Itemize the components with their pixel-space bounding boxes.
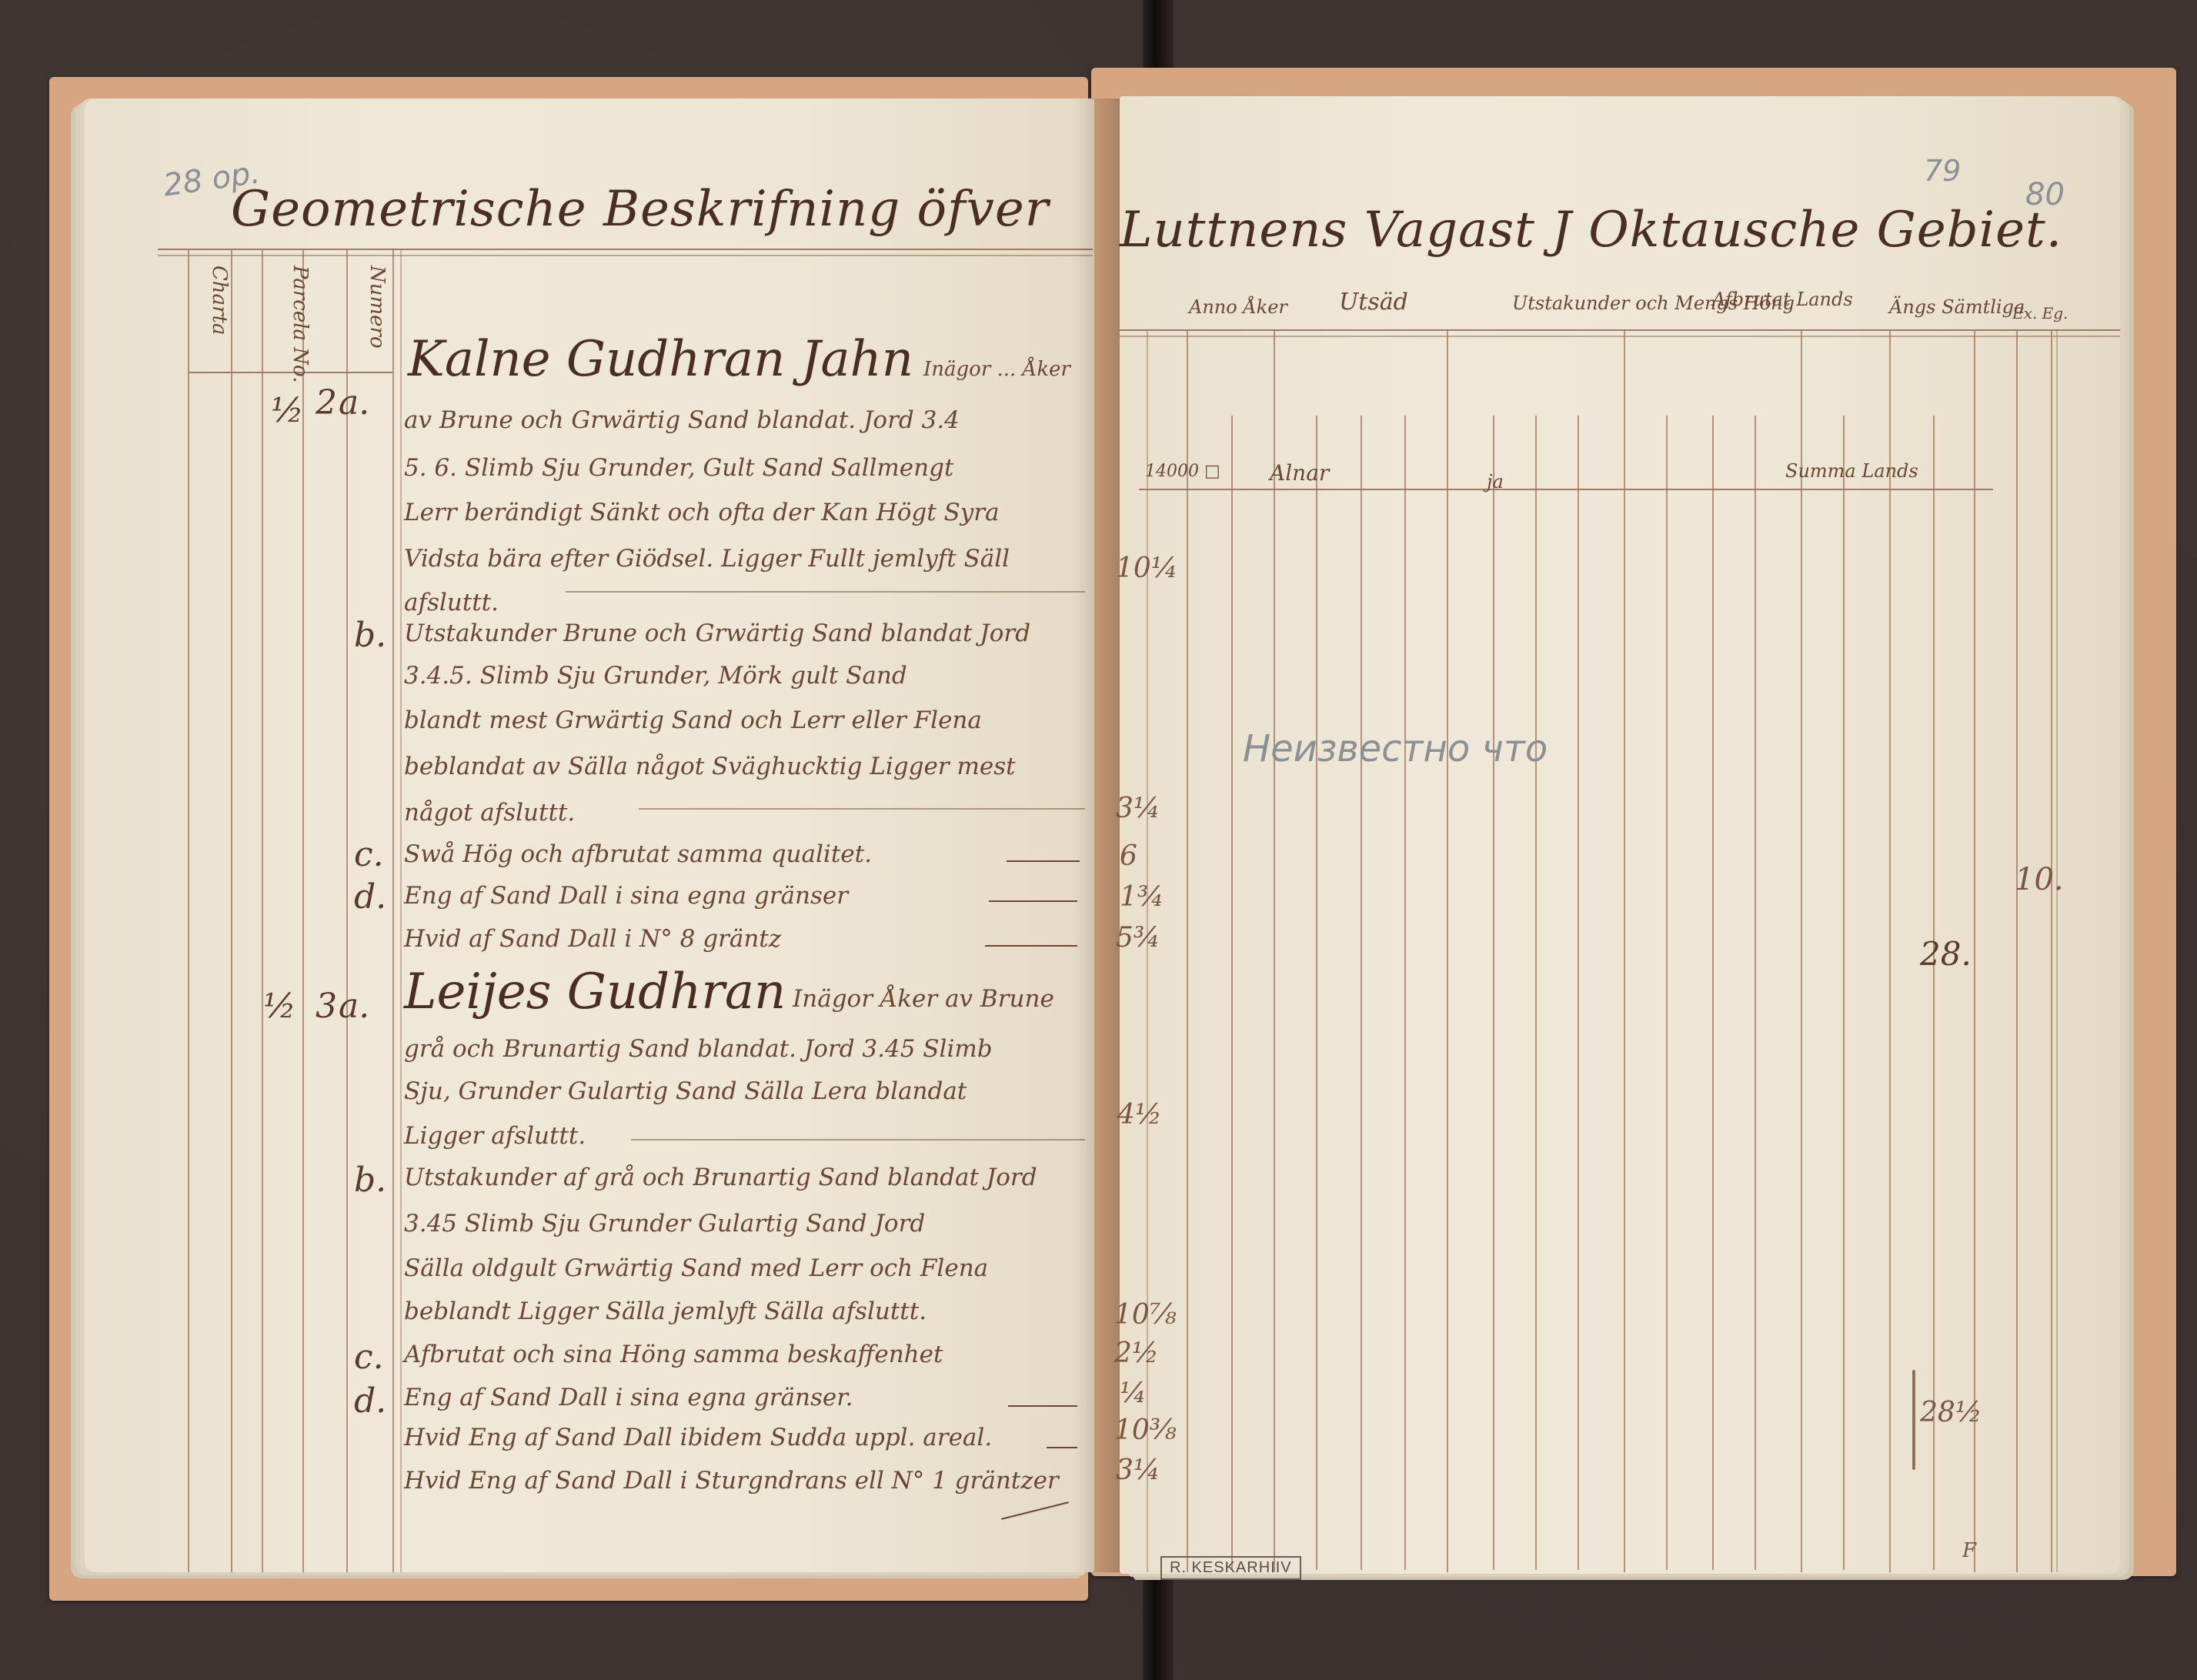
right-page: [1120, 96, 2120, 1574]
measurement-value: 10⅞: [1114, 1299, 1177, 1331]
measurement-value: 10¼: [1116, 553, 1178, 584]
right-pencil-folio: 79: [1924, 154, 1961, 188]
measurement-value: 10⅜: [1114, 1414, 1177, 1446]
header-sub-summa: Summa Lands: [1785, 460, 1918, 482]
header-sub-alnar: Alnar: [1270, 460, 1329, 486]
entry-text-line: Hvid af Sand Dall i N° 8 gräntz: [404, 925, 781, 953]
entry-text-line: Hvid Eng af Sand Dall i Sturgndrans ell …: [404, 1467, 1059, 1495]
left-header-rule: [158, 249, 1093, 250]
filler-dash: [1047, 1447, 1077, 1448]
entry-letter: c.: [354, 835, 384, 874]
left-column-rule: [346, 249, 348, 1572]
column-header-parcela: Parcela No.: [289, 266, 312, 383]
right-column-rule: [1801, 329, 1802, 1572]
right-column-rule: [1361, 416, 1362, 1570]
entry-text-line: 3.45 Slimb Sju Grunder Gulartig Sand Jor…: [404, 1210, 925, 1237]
entry-text-line: 5. 6. Slimb Sju Grunder, Gult Sand Sallm…: [404, 454, 953, 482]
right-column-rule: [1889, 329, 1891, 1572]
bracket-mark: [1912, 1370, 1915, 1470]
entry-number: 2: [316, 383, 337, 423]
column-header-ex: Ex. Eg.: [2012, 304, 2068, 322]
right-column-rule: [1624, 329, 1625, 1572]
entry-text-line: Ligger afsluttt.: [404, 1122, 586, 1150]
right-column-rule: [1535, 416, 1537, 1570]
header-sub-area: 14000 □: [1145, 462, 1220, 481]
left-column-rule: [392, 249, 394, 1572]
entry-text-line: Sälla oldgult Grwärtig Sand med Lerr och…: [404, 1254, 988, 1282]
entry-text-line: beblandt Ligger Sälla jemlyft Sälla afsl…: [404, 1298, 927, 1325]
right-column-rule: [1493, 416, 1494, 1570]
right-column-rule: [1974, 329, 1975, 1572]
angs-column-total: 28½: [1920, 1397, 1982, 1428]
entry-text-line: av Brune och Grwärtig Sand blandat. Jord…: [404, 406, 960, 434]
entry-divider: [631, 1139, 1085, 1141]
column-header-utsad: Utsäd: [1339, 289, 1408, 316]
column-header-afbrutat: Afbrutat Lands: [1712, 289, 1853, 310]
measurement-value: 2½: [1114, 1338, 1159, 1369]
right-column-rule: [1274, 329, 1275, 1572]
right-column-rule: [1404, 416, 1406, 1570]
pencil-note: Неизвестно что: [1243, 727, 1548, 770]
right-column-rule: [1843, 416, 1845, 1570]
right-column-rule: [1755, 416, 1756, 1570]
measurement-value: 5¾: [1116, 922, 1160, 954]
right-column-rule: [1231, 416, 1233, 1570]
ex-column-value: 10.: [2015, 862, 2064, 897]
entry-fraction: ½: [271, 391, 304, 430]
measurement-value: 3¼: [1116, 1455, 1160, 1486]
entry-owner-name: Kalne Gudhran Jahn: [408, 331, 913, 388]
entry-text-line: Utstakunder Brune och Grwärtig Sand blan…: [404, 620, 1030, 647]
measurement-value: 1¾: [1120, 881, 1164, 913]
measurement-value: 6: [1120, 840, 1137, 872]
archive-stamp: R. KESKARHIIV: [1160, 1556, 1301, 1580]
left-column-rule: [400, 249, 402, 1572]
entry-text-line: afsluttt.: [404, 589, 499, 616]
right-column-header-rule: [1139, 489, 1993, 490]
left-column-rule: [302, 249, 304, 1572]
entry-letter: d.: [354, 877, 386, 917]
left-column-rule: [231, 249, 232, 1572]
entry-text-line: Afbrutat och sina Höng samma beskaffenhe…: [404, 1341, 943, 1368]
right-column-rule: [1316, 416, 1317, 1570]
entry-letter: c.: [354, 1338, 384, 1377]
entry-text-line: Lerr berändigt Sänkt och ofta der Kan Hö…: [404, 499, 1000, 526]
entry-text-line: Eng af Sand Dall i sina egna gränser: [404, 882, 848, 910]
entry-text-line: Sju, Grunder Gulartig Sand Sälla Lera bl…: [404, 1077, 967, 1105]
measurement-value: 3¼: [1116, 793, 1160, 824]
angs-column-value: 28.: [1920, 935, 1972, 973]
left-column-rule: [188, 249, 189, 1572]
left-header-rule-double: [158, 255, 1093, 256]
right-column-rule: [2016, 329, 2018, 1572]
right-header-rule-double: [1120, 336, 2120, 337]
entry-text-line: 3.4.5. Slimb Sju Grunder, Mörk gult Sand: [404, 662, 907, 690]
entry-text-line: Swå Hög och afbrutat samma qualitet.: [404, 840, 872, 868]
entry-fraction: ½: [263, 987, 296, 1026]
right-column-rule: [1666, 416, 1668, 1570]
entry-text-line: Inägor Åker av Brune: [793, 985, 1054, 1013]
column-header-anno-aker: Anno Åker: [1189, 296, 1287, 318]
entry-letter: a.: [339, 383, 369, 423]
filler-dash: [985, 945, 1077, 947]
right-column-rule: [1187, 329, 1188, 1572]
entry-divider: [566, 591, 1085, 593]
measurement-value: 4½: [1117, 1099, 1162, 1131]
right-column-rule: [2056, 329, 2058, 1572]
filler-dash: [1007, 860, 1080, 862]
column-header-angs: Ängs Sämtliga: [1889, 296, 2025, 318]
column-header-charta: Charta: [208, 266, 231, 336]
entry-letter: d.: [354, 1381, 386, 1421]
entry-text-line: Hvid Eng af Sand Dall ibidem Sudda uppl.…: [404, 1424, 992, 1451]
filler-dash: [1008, 1405, 1077, 1407]
entry-letter: a.: [339, 987, 369, 1026]
entry-text-line: Vidsta bära efter Giödsel. Ligger Fullt …: [404, 545, 1010, 573]
entry-owner-name: Leijes Gudhran: [404, 964, 786, 1020]
entry-divider: [639, 808, 1085, 810]
entry-text-line: något afsluttt.: [404, 799, 575, 827]
entry-number: 3: [316, 987, 337, 1026]
right-column-rule: [1578, 416, 1579, 1570]
right-column-rule: [1712, 416, 1714, 1570]
footer-mark: F: [1962, 1539, 1976, 1562]
entry-text-line: Inägor ... Åker: [923, 358, 1070, 381]
entry-text-line: blandt mest Grwärtig Sand och Lerr eller…: [404, 706, 982, 734]
entry-text-line: Utstakunder af grå och Brunartig Sand bl…: [404, 1164, 1037, 1191]
column-header-numero: Numero: [366, 266, 389, 349]
right-header-rule: [1120, 329, 2120, 331]
entry-text-line: grå och Brunartig Sand blandat. Jord 3.4…: [404, 1035, 993, 1063]
entry-text-line: Eng af Sand Dall i sina egna gränser.: [404, 1384, 853, 1411]
left-column-rule: [262, 249, 263, 1572]
right-page-title: Luttnens Vagast J Oktausche Gebiet.: [1120, 202, 2062, 259]
entry-letter: b.: [354, 616, 386, 655]
entry-letter: b.: [354, 1161, 386, 1200]
measurement-value: ¼: [1120, 1378, 1147, 1409]
entry-text-line: beblandat av Sälla något Sväghucktig Lig…: [404, 753, 1016, 780]
filler-dash: [989, 900, 1077, 902]
right-column-rule: [2051, 329, 2052, 1572]
right-column-rule: [1447, 329, 1448, 1572]
header-sub-ja: ja: [1487, 471, 1504, 493]
left-page-title: Geometrische Beskrifning öfver: [231, 181, 1049, 238]
